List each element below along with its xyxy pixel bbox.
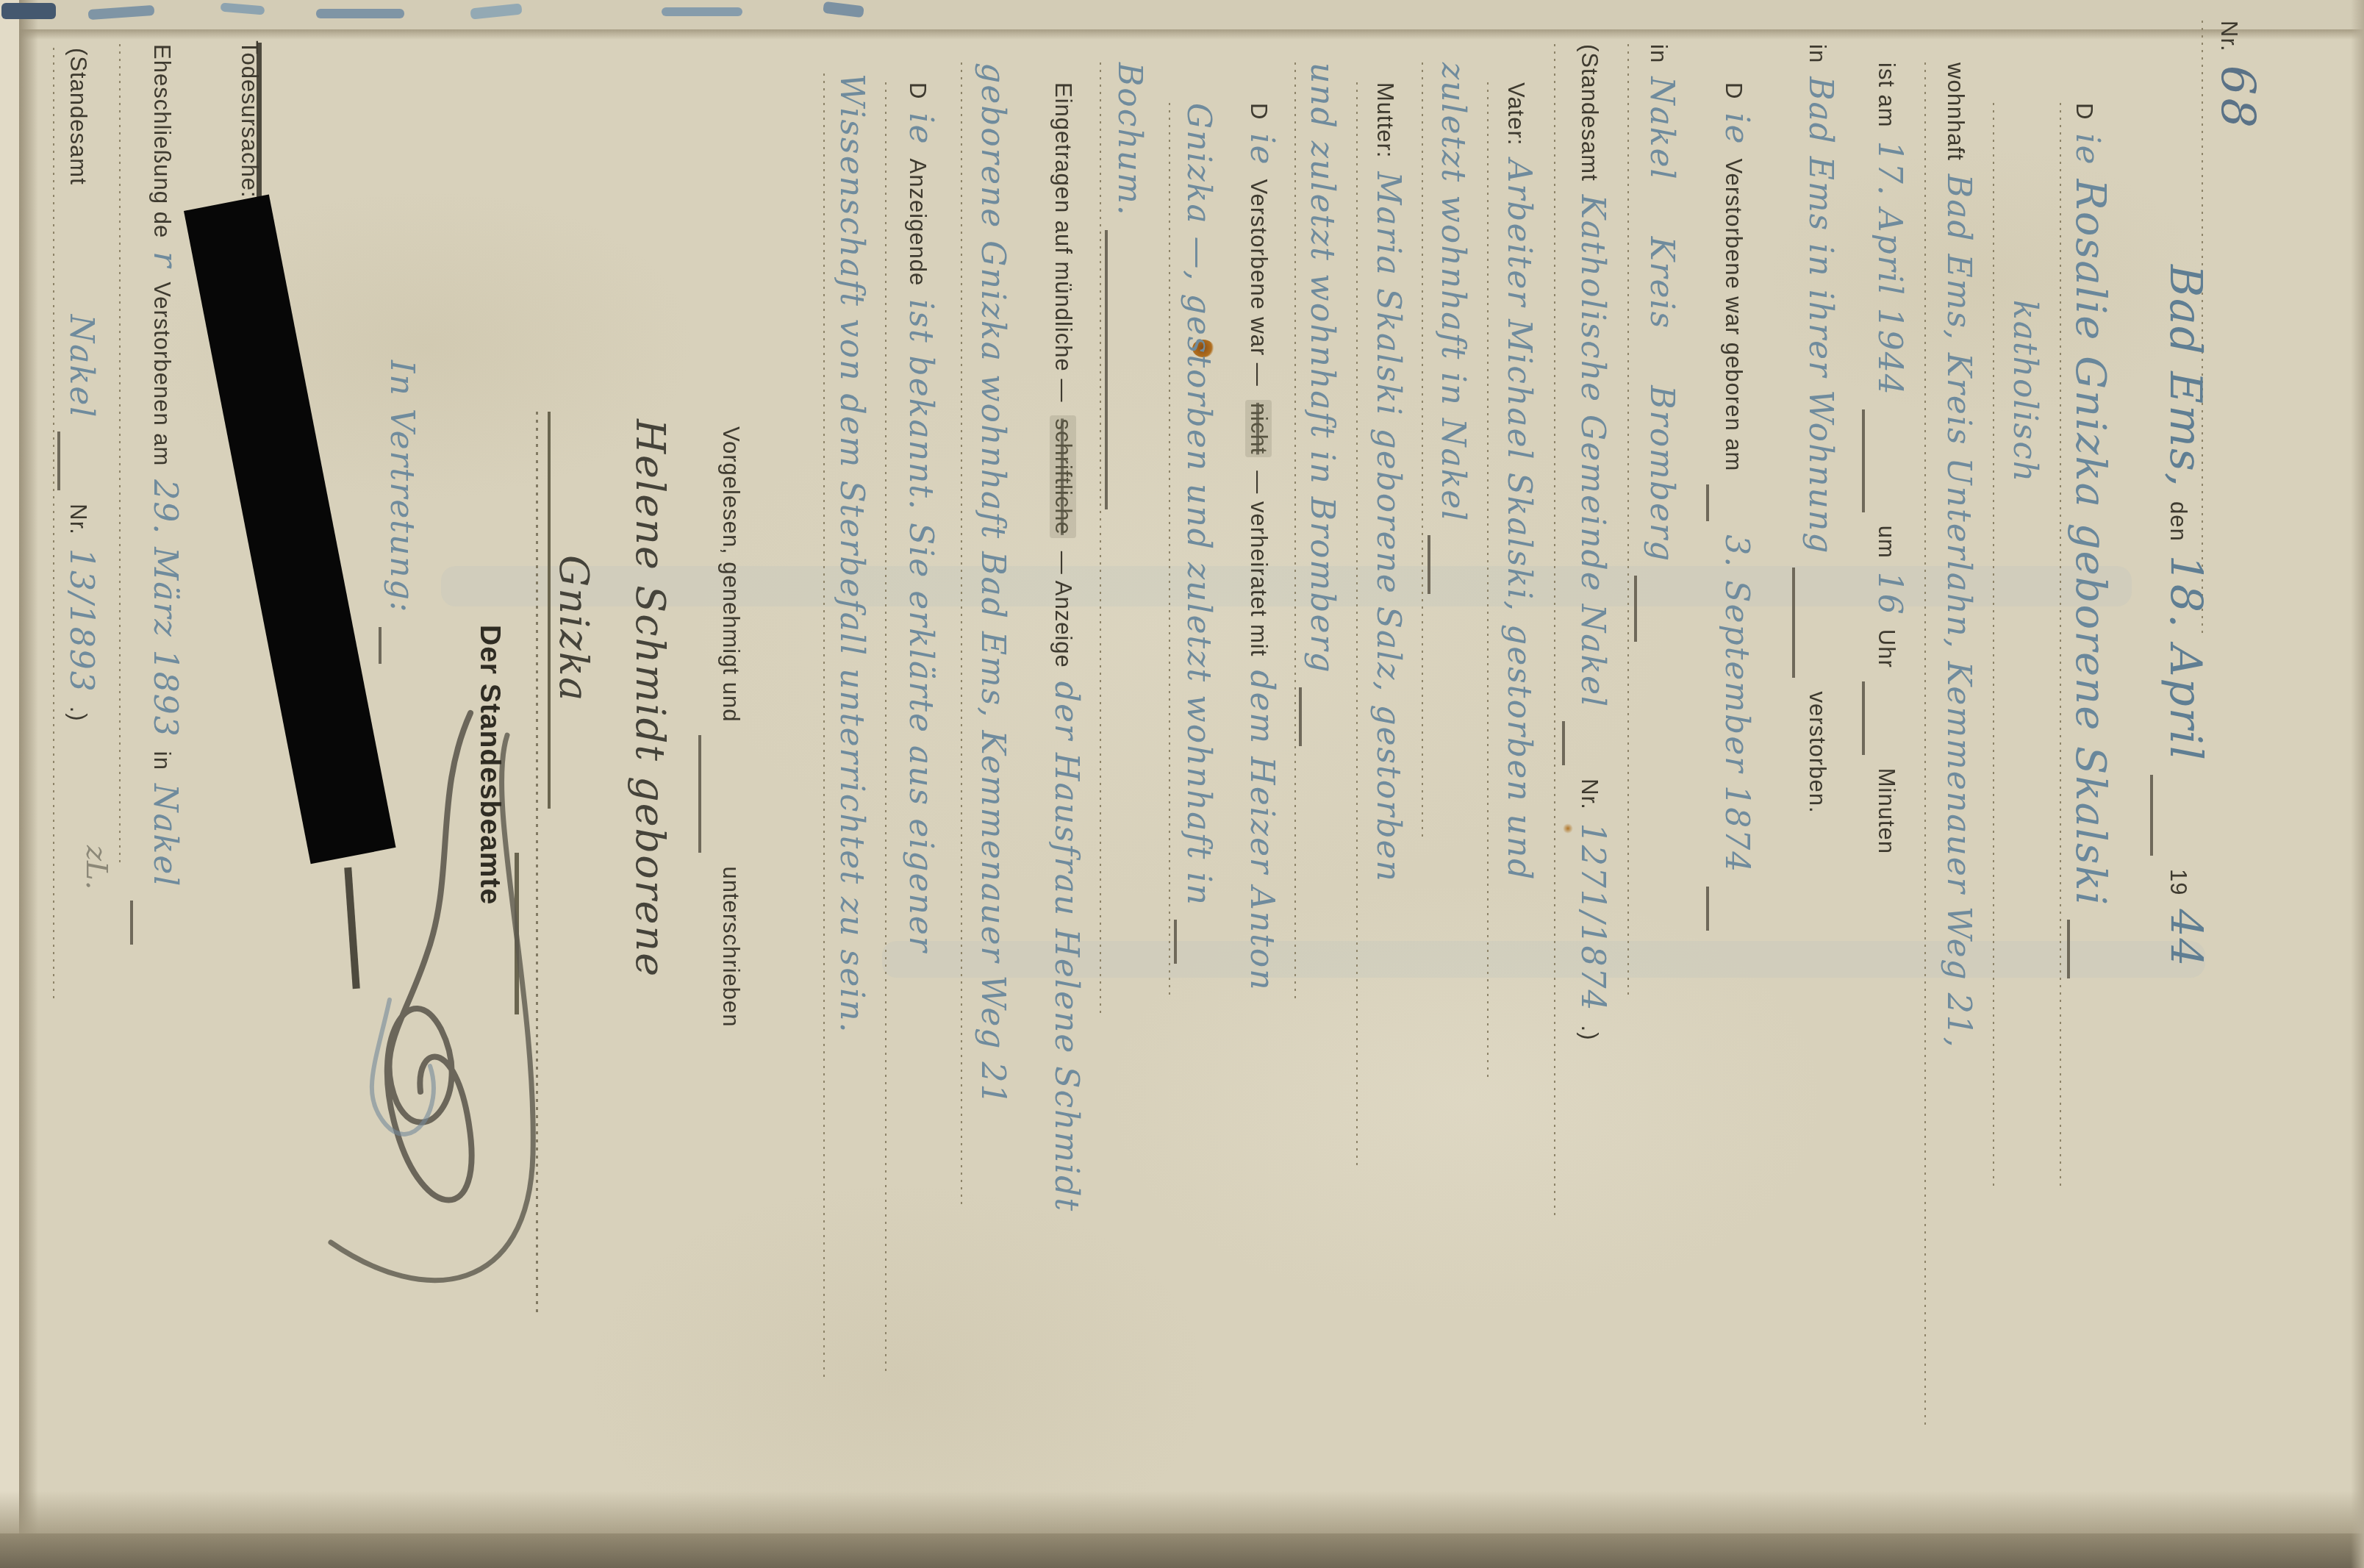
form-line-l17: Eingetragen auf mündliche —schriftliche—… — [1013, 82, 1085, 1450]
printed-text: in — [1804, 44, 1830, 63]
printed-text: (Standesamt — [65, 48, 91, 185]
printed-text: Verstorbene war geboren am — [1720, 159, 1747, 472]
handwriting: Bromberg — [1643, 385, 1680, 562]
blank-rule — [2150, 775, 2153, 856]
blank-rule — [1706, 887, 1709, 931]
form-line-l2: DieRosalie Gnizka geborene Skalski — [2045, 103, 2114, 1191]
printed-text: Verstorbene war — — [1245, 179, 1272, 387]
handwriting: und zuletzt wohnhaft in Bromberg — [1303, 62, 1341, 674]
printed-text: nicht — [1245, 400, 1272, 457]
handwriting: ist bekannt. Sie erklärte aus eigener — [902, 299, 939, 953]
handwriting: 16 — [1871, 572, 1908, 616]
form-line-l12: Mutter:Maria Skalski geborene Salz, gest… — [1342, 82, 1407, 1170]
printed-text: unterschrieben — [717, 866, 744, 1027]
blank-rule — [1299, 687, 1302, 746]
blank-gap — [1651, 194, 1652, 223]
handwriting: Bochum. — [1111, 62, 1148, 217]
form-line-l18: geborene Gnizka wohnhaft Bad Ems, Kemmen… — [947, 62, 1011, 1209]
printed-text: Nr. — [2216, 21, 2242, 52]
form-line-l14: DieVerstorbene war —nicht— verheiratet m… — [1219, 103, 1280, 1029]
form-line-l10: Vater:Arbeiter Michael Skalski, gestorbe… — [1473, 82, 1538, 1082]
handwriting: 44 — [2160, 909, 2211, 967]
blank-gap — [1651, 343, 1652, 372]
handwriting: Gnizka — [551, 555, 597, 703]
blank-rule — [1792, 568, 1795, 678]
form-line-l5: ist am17. April 1944um16UhrMinuten — [1841, 62, 1908, 1445]
page-edge-left-shadow — [19, 0, 38, 1568]
blank-rule — [2067, 920, 2070, 978]
form-line-l27: Todesursache: — [193, 40, 262, 246]
printed-text: D — [2071, 103, 2097, 120]
handwriting: Bad Ems, Kreis Unterlahn, Kemmenauer Weg… — [1940, 174, 1977, 1049]
handwriting: katholisch — [2006, 300, 2044, 483]
printed-text: Nr. — [65, 504, 91, 535]
form-line-l23: Gnizka — [538, 555, 597, 746]
printed-text: Eingetragen auf mündliche — — [1050, 82, 1076, 402]
printed-text: Vorgelesen, genehmigt und — [717, 426, 744, 722]
form-line-l24: Der Standesbeamte — [438, 625, 506, 941]
handwriting: Maria Skalski geborene Salz, gestorben — [1369, 171, 1407, 882]
blank-rule — [379, 627, 382, 664]
page-edge-top-shadow — [19, 29, 2364, 40]
printed-text: — Anzeige — [1050, 551, 1076, 668]
printed-text: Uhr — [1873, 629, 1899, 668]
handwriting: Arbeiter Michael Skalski, gestorben und — [1500, 159, 1538, 881]
handwriting: ie — [1243, 133, 1280, 165]
blank-rule — [1105, 230, 1108, 509]
page-edge-bottom — [0, 1533, 2364, 1568]
handwriting: r — [146, 251, 184, 268]
printed-text: Vater: — [1502, 82, 1529, 146]
handwriting: 18. April — [2160, 555, 2211, 762]
printed-text: D — [1720, 82, 1747, 99]
form-line-l4: wohnhaftBad Ems, Kreis Unterlahn, Kemmen… — [1910, 62, 1977, 1430]
form-line-l1: Bad Ems,den18. April1944 — [2114, 265, 2211, 1014]
blank-rule — [57, 432, 60, 490]
blank-rule — [1174, 920, 1177, 964]
handwriting: 17. April 1944 — [1871, 141, 1908, 396]
printed-text: .) — [1576, 1025, 1602, 1041]
printed-text: Verstorbenen am — [148, 282, 175, 466]
printed-text: ist am — [1873, 62, 1899, 128]
blank-rule — [1862, 409, 1865, 512]
printed-text: D — [1245, 103, 1272, 120]
form-line-l21: Vorgelesen, genehmigt undunterschrieben — [678, 426, 744, 1338]
printed-text: den — [2165, 501, 2191, 542]
handwriting: Katholische Gemeinde Nakel — [1574, 195, 1611, 708]
blank-rule — [1634, 576, 1637, 642]
form-line-l7: DieVerstorbene war geboren am3. Septembe… — [1682, 82, 1755, 1009]
form-line-l25: In Vertretung: — [362, 360, 420, 801]
printed-text: Der Standesbeamte — [473, 625, 506, 905]
printed-text: Eheschließung de — [148, 44, 175, 238]
printed-text: um — [1873, 526, 1899, 559]
form-line-l6: inBad Ems in ihrer Wohnungverstorben. — [1770, 44, 1839, 1000]
printed-text: D — [904, 82, 931, 99]
handwriting: ie — [2068, 133, 2106, 165]
form-line-l15: Gnizka —, gestorben und zuletzt wohnhaft… — [1156, 103, 1217, 1000]
blank-rule — [698, 735, 701, 853]
blank-rule — [1428, 535, 1430, 594]
form-line-l8: inNakelKreisBromberg — [1613, 44, 1680, 1000]
form-line-l22: Helene Schmidt geborene — [592, 419, 673, 1169]
handwriting: dem Heizer Anton — [1243, 670, 1280, 991]
handwriting: 3. September 1874 — [1718, 534, 1755, 873]
blank-gap — [71, 198, 71, 301]
handwriting: Kreis — [1643, 237, 1680, 330]
form-line-l3: katholisch — [1979, 103, 2044, 1191]
blank-rule — [1706, 484, 1709, 521]
printed-text: wohnhaft — [1942, 62, 1969, 161]
printed-text: Mutter: — [1372, 82, 1398, 158]
handwriting: ie — [902, 112, 939, 145]
handwriting: Wissenschaft von dem Sterbefall unterric… — [833, 74, 870, 1034]
handwriting: Bad Ems, — [2160, 265, 2211, 488]
form-line-l11: zuletzt wohnhaft in Nakel — [1408, 62, 1472, 842]
handwriting: zuletzt wohnhaft in Nakel — [1434, 62, 1472, 522]
form-line-l30: zL. — [60, 845, 113, 941]
handwriting: Gnizka —, gestorben und zuletzt wohnhaft… — [1180, 103, 1217, 906]
printed-text: — verheiratet mit — [1245, 470, 1272, 656]
blank-rule — [1862, 681, 1865, 755]
form-line-l20: Wissenschaft von dem Sterbefall unterric… — [810, 74, 870, 1382]
handwriting: Nakel — [1643, 76, 1680, 181]
handwriting: geborene Gnizka wohnhaft Bad Ems, Kemmen… — [974, 62, 1011, 1106]
handwriting: ie — [1718, 112, 1755, 145]
handwriting: Rosalie Gnizka geborene Skalski — [2066, 179, 2114, 907]
handwriting: Helene Schmidt geborene — [627, 419, 673, 978]
scanned-death-register-page: Nr.68Bad Ems,den18. April1944DieRosalie … — [0, 0, 2364, 1568]
blank-gap — [2014, 103, 2015, 287]
handwriting: Nakel — [146, 784, 184, 888]
printed-text: schriftliche — [1050, 415, 1076, 537]
printed-text: 19 — [2165, 869, 2191, 895]
printed-text: Minuten — [1873, 768, 1899, 854]
printed-text: verstorben. — [1804, 691, 1830, 813]
page-edge-left — [0, 0, 19, 1568]
page-edge-top — [19, 0, 2364, 32]
blank-rule — [1562, 721, 1565, 765]
printed-text: (Standesamt — [1576, 44, 1602, 182]
printed-text: in — [1645, 44, 1672, 63]
printed-text: Nr. — [1576, 778, 1602, 810]
form-line-l19: DieAnzeigendeist bekannt. Sie erklärte a… — [870, 82, 939, 1376]
handwriting: Bad Ems in ihrer Wohnung — [1802, 76, 1839, 554]
page-edge-right-shadow — [2351, 0, 2364, 1568]
handwriting: 1271/1874 — [1574, 823, 1611, 1012]
form-line-l9: (StandesamtKatholische Gemeinde NakelNr.… — [1538, 44, 1611, 1220]
handwriting: 68 — [2210, 65, 2264, 131]
handwriting: der Hausfrau Helene Schmidt — [1047, 681, 1085, 1212]
handwriting: In Vertretung: — [383, 360, 420, 614]
form-line-l16: Bochum. — [1086, 62, 1148, 1018]
printed-text: Anzeigende — [904, 159, 931, 287]
form-line-l28: Eheschließung derVerstorbenen am29. März… — [101, 44, 184, 867]
handwriting: 13/1893 — [62, 548, 100, 693]
blank-rule — [130, 901, 133, 945]
form-line-l13: und zuletzt wohnhaft in Bromberg — [1282, 62, 1341, 1003]
handwriting: zL. — [79, 845, 113, 889]
printed-text: in — [148, 751, 175, 770]
printed-text: .) — [65, 706, 91, 722]
handwriting: Nakel — [62, 315, 100, 419]
printed-text: Todesursache: — [236, 40, 262, 198]
handwriting: 29. März 1893 — [146, 479, 184, 737]
